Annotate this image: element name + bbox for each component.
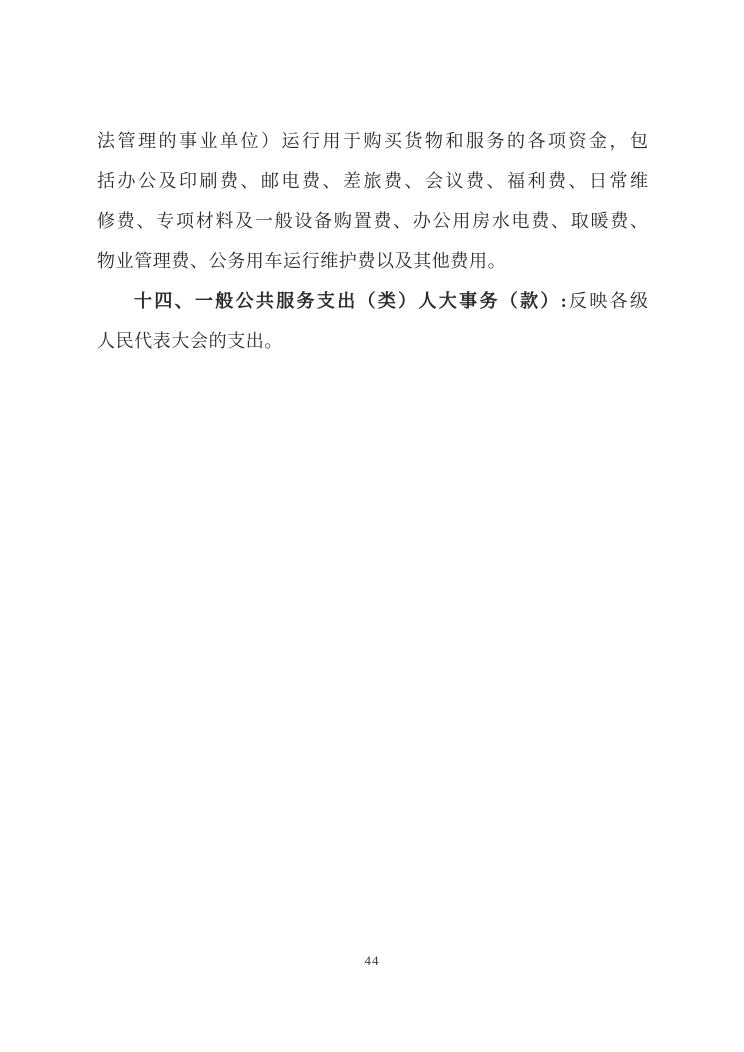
- body-text: 法管理的事业单位）运行用于购买货物和服务的各项资金，包 括办公及印刷费、邮电费、…: [97, 121, 648, 361]
- item14-heading-rest: 反映各级: [567, 291, 648, 311]
- document-page: 法管理的事业单位）运行用于购买货物和服务的各项资金，包 括办公及印刷费、邮电费、…: [0, 0, 744, 1052]
- paragraph-line: 修费、专项材料及一般设备购置费、办公用房水电费、取暖费、: [97, 201, 648, 241]
- item14-heading-bold: 十四、一般公共服务支出（类）人大事务（款）:: [134, 291, 567, 311]
- paragraph-line: 括办公及印刷费、邮电费、差旅费、会议费、福利费、日常维: [97, 161, 648, 201]
- page-number: 44: [0, 953, 744, 969]
- paragraph-line: 法管理的事业单位）运行用于购买货物和服务的各项资金，包: [97, 121, 648, 161]
- item14-heading-line: 十四、一般公共服务支出（类）人大事务（款）:反映各级: [97, 281, 648, 321]
- item14-body-line: 人民代表大会的支出。: [97, 321, 648, 361]
- paragraph-line: 物业管理费、公务用车运行维护费以及其他费用。: [97, 241, 648, 281]
